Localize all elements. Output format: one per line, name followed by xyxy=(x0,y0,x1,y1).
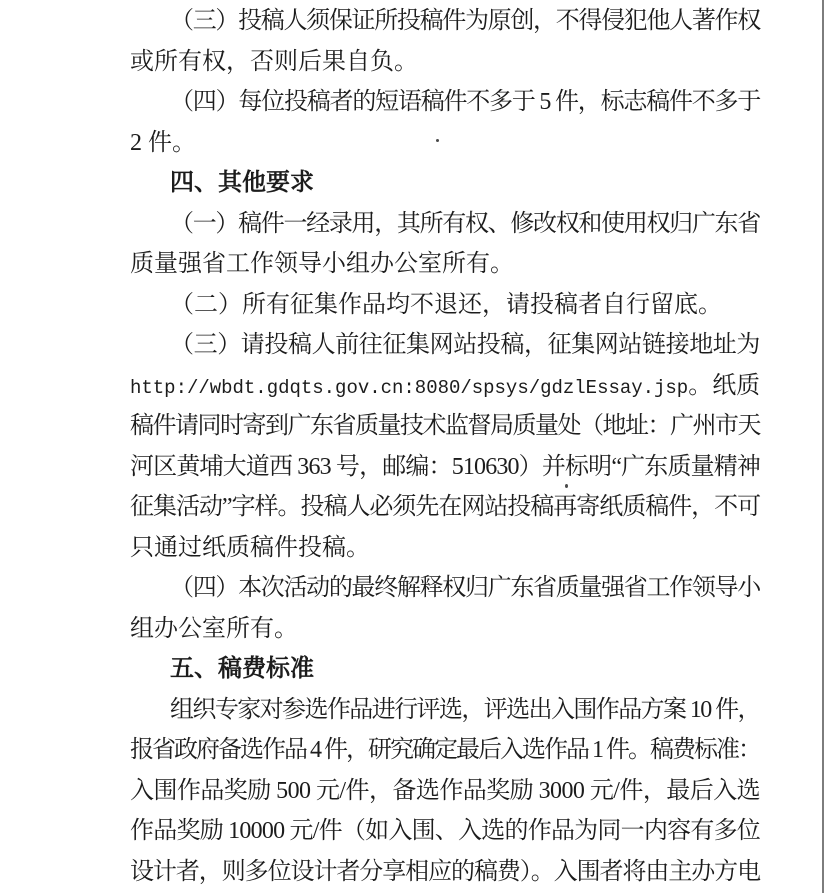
document-line: 河区黄埔大道西 363 号，邮编：510630）并标明“广东质量精神 xyxy=(130,447,760,488)
document-line: 稿件请同时寄到广东省质量技术监督局质量处（地址：广州市天 xyxy=(130,406,760,447)
document-line: 质量强省工作领导小组办公室所有。 xyxy=(130,244,760,285)
document-line: （三）投稿人须保证所投稿件为原创，不得侵犯他人著作权 xyxy=(130,1,760,42)
line-text: 组办公室所有。 xyxy=(130,616,298,642)
document-line: 报省政府备选作品 4 件，研究确定最后入选作品 1 件。稿费标准： xyxy=(130,730,760,771)
scan-edge-line xyxy=(822,0,824,893)
document-line: 或所有权，否则后果自负。 xyxy=(130,42,760,83)
document-line: （四）本次活动的最终解释权归广东省质量强省工作领导小 xyxy=(130,568,760,609)
document-line: 2 件。 xyxy=(130,123,760,164)
line-text: 或所有权，否则后果自负。 xyxy=(130,49,418,75)
line-text: 作品奖励 10000 元/件（如入围、入选的作品为同一内容有多位 xyxy=(130,818,760,844)
document-line: （二）所有征集作品均不退还，请投稿者自行留底。 xyxy=(130,285,760,326)
document-line: http://wbdt.gdqts.gov.cn:8080/spsys/gdzl… xyxy=(130,366,760,407)
scan-speckle xyxy=(436,139,439,142)
document-line: （一）稿件一经录用，其所有权、修改权和使用权归广东省 xyxy=(130,204,760,245)
line-text: 入围作品奖励 500 元/件，备选作品奖励 3000 元/件，最后入选 xyxy=(130,778,760,804)
document-line: 征集活动”字样。投稿人必须先在网站投稿再寄纸质稿件，不可 xyxy=(130,487,760,528)
line-text: （一）稿件一经录用，其所有权、修改权和使用权归广东省 xyxy=(170,211,760,237)
line-text: 。纸质 xyxy=(688,373,760,399)
line-text: （三）请投稿人前往征集网站投稿，征集网站链接地址为 xyxy=(170,332,760,358)
line-text: http://wbdt.gdqts.gov.cn:8080/spsys/gdzl… xyxy=(130,373,760,399)
document-line: 设计者，则多位设计者分享相应的稿费）。入围者将由主办方电 xyxy=(130,852,760,893)
line-text: 四、其他要求 xyxy=(170,169,314,196)
document-line: 只通过纸质稿件投稿。 xyxy=(130,528,760,569)
scan-speckle xyxy=(565,484,568,488)
line-text: 河区黄埔大道西 363 号，邮编：510630）并标明“广东质量精神 xyxy=(130,454,760,480)
line-text: 五、稿费标准 xyxy=(170,655,314,682)
line-text: 2 件。 xyxy=(130,130,196,156)
line-text: （四）本次活动的最终解释权归广东省质量强省工作领导小 xyxy=(170,575,760,601)
document-line: 组办公室所有。 xyxy=(130,609,760,650)
document-line: （三）请投稿人前往征集网站投稿，征集网站链接地址为 xyxy=(130,325,760,366)
line-text: 只通过纸质稿件投稿。 xyxy=(130,535,370,561)
section-heading: 五、稿费标准 xyxy=(130,649,760,690)
document-line: 组织专家对参选作品进行评选，评选出入围作品方案 10 件， xyxy=(130,690,760,731)
scanned-document-page: （三）投稿人须保证所投稿件为原创，不得侵犯他人著作权或所有权，否则后果自负。（四… xyxy=(0,0,827,893)
line-text: 组织专家对参选作品进行评选，评选出入围作品方案 10 件， xyxy=(170,697,760,723)
scan-speckle xyxy=(508,301,511,304)
line-text: 报省政府备选作品 4 件，研究确定最后入选作品 1 件。稿费标准： xyxy=(130,737,760,763)
document-line: 入围作品奖励 500 元/件，备选作品奖励 3000 元/件，最后入选 xyxy=(130,771,760,812)
line-text: （二）所有征集作品均不退还，请投稿者自行留底。 xyxy=(170,292,722,318)
url-text: http://wbdt.gdqts.gov.cn:8080/spsys/gdzl… xyxy=(130,377,688,399)
scan-speckle xyxy=(517,346,520,348)
line-text: 设计者，则多位设计者分享相应的稿费）。入围者将由主办方电 xyxy=(130,859,760,885)
line-text: （三）投稿人须保证所投稿件为原创，不得侵犯他人著作权 xyxy=(170,8,760,34)
document-body: （三）投稿人须保证所投稿件为原创，不得侵犯他人著作权或所有权，否则后果自负。（四… xyxy=(130,1,760,892)
document-line: 作品奖励 10000 元/件（如入围、入选的作品为同一内容有多位 xyxy=(130,811,760,852)
line-text: 征集活动”字样。投稿人必须先在网站投稿再寄纸质稿件，不可 xyxy=(130,494,760,520)
section-heading: 四、其他要求 xyxy=(130,163,760,204)
line-text: 质量强省工作领导小组办公室所有。 xyxy=(130,251,514,277)
line-text: （四）每位投稿者的短语稿件不多于 5 件，标志稿件不多于 xyxy=(170,89,760,115)
line-text: 稿件请同时寄到广东省质量技术监督局质量处（地址：广州市天 xyxy=(130,413,760,439)
document-line: （四）每位投稿者的短语稿件不多于 5 件，标志稿件不多于 xyxy=(130,82,760,123)
